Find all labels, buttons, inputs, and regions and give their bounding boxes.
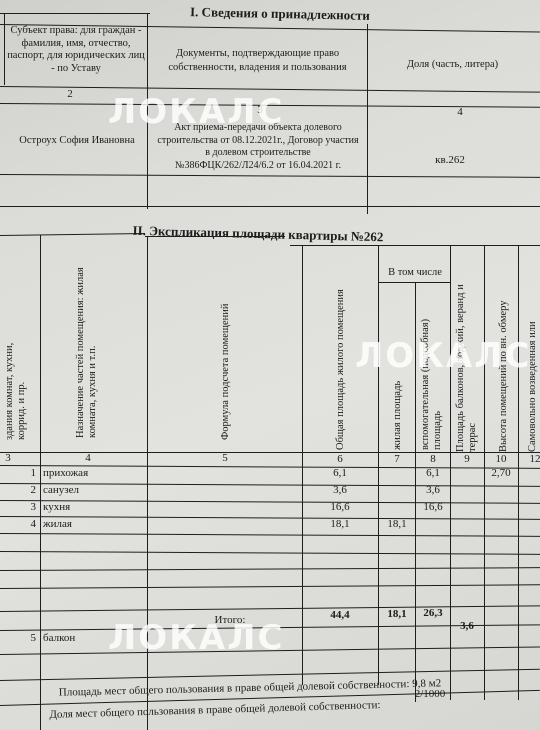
header-c5: Формула подсчета помещений	[220, 304, 232, 440]
common-share-value: 2/1000	[405, 688, 455, 701]
ownership-documents: Акт приема-передачи объекта долевого стр…	[148, 122, 368, 172]
header-subject: Субъект права: для граждан - фамилия, им…	[6, 25, 146, 75]
room-name: прихожая	[43, 467, 143, 480]
divider	[0, 233, 145, 236]
col-number-3: 3	[240, 104, 280, 117]
room-name: санузел	[43, 484, 143, 497]
owner-name: Остроух София Ивановна	[8, 134, 146, 147]
header-c4: Назначение частей помещения: жилая комна…	[75, 267, 99, 438]
col-number-2: 2	[50, 88, 90, 101]
col-number-4: 4	[440, 106, 480, 119]
divider	[0, 584, 540, 589]
divider	[378, 282, 450, 283]
divider	[0, 646, 540, 655]
header-c3: здания комнат, кухни, коррид. и пр.	[4, 343, 28, 440]
header-documents: Документы, подтверждающие право собствен…	[160, 47, 355, 75]
divider	[40, 235, 41, 730]
room-aux-area: 3,6	[413, 484, 453, 496]
room-aux-area: 6,1	[413, 467, 453, 479]
total-balcony: 3,6	[447, 620, 487, 632]
total-area: 44,4	[320, 609, 360, 621]
col-number: 3	[0, 452, 28, 464]
room-total-area: 6,1	[320, 467, 360, 479]
divider	[0, 174, 540, 178]
room-number: 2	[16, 484, 36, 497]
divider	[0, 605, 540, 612]
divider	[0, 533, 540, 537]
total-living: 18,1	[377, 608, 417, 620]
total-label: Итого:	[200, 614, 260, 627]
divider	[367, 24, 368, 214]
room-living-area: 18,1	[377, 518, 417, 530]
divider	[0, 551, 540, 555]
share-value: кв.262	[420, 154, 480, 167]
section-1-title: I. Сведения о принадлежности	[150, 4, 410, 22]
col-number: 5	[205, 452, 245, 464]
divider	[0, 13, 150, 14]
col-number: 4	[68, 452, 108, 464]
header-c12: Самовольно возведенная или	[527, 321, 539, 452]
divider	[0, 206, 540, 207]
common-area: Площадь мест общего пользования в праве …	[40, 677, 460, 700]
divider	[4, 13, 5, 85]
room-number: 4	[16, 518, 36, 531]
room-number: 1	[16, 467, 36, 480]
total-aux: 26,3	[413, 607, 453, 619]
room-aux-area: 16,6	[413, 501, 453, 513]
col-number: 7	[377, 453, 417, 465]
balcony-number: 5	[16, 632, 36, 645]
room-number: 3	[16, 501, 36, 514]
divider	[0, 567, 540, 571]
room-total-area: 16,6	[320, 501, 360, 513]
header-c10: Высота помещений по вн. обмеру	[498, 300, 510, 452]
header-c6: Общая площадь жилого помещения	[335, 289, 347, 450]
header-in-total: В том числе	[380, 266, 450, 279]
divider	[147, 14, 148, 209]
divider	[147, 236, 148, 730]
room-name: кухня	[43, 501, 143, 514]
section-2-title: II. Экспликация площади квартиры №262	[128, 224, 388, 244]
room-total-area: 3,6	[320, 484, 360, 496]
room-total-area: 18,1	[320, 518, 360, 530]
col-number: 6	[320, 453, 360, 465]
header-c7: жилая площадь	[392, 381, 404, 450]
divider	[145, 236, 285, 237]
divider	[302, 245, 303, 685]
header-c9: Площадь балконов, лоджий, веранд и терра…	[455, 284, 479, 452]
divider	[290, 245, 540, 246]
room-name: жилая	[43, 518, 143, 531]
header-share: Доля (часть, литера)	[370, 58, 535, 71]
room-height: 2,70	[481, 467, 521, 479]
balcony-name: балкон	[43, 632, 123, 645]
col-number: 12	[515, 453, 540, 465]
header-c8: вспомогательная (подсобная) площадь	[420, 319, 444, 450]
